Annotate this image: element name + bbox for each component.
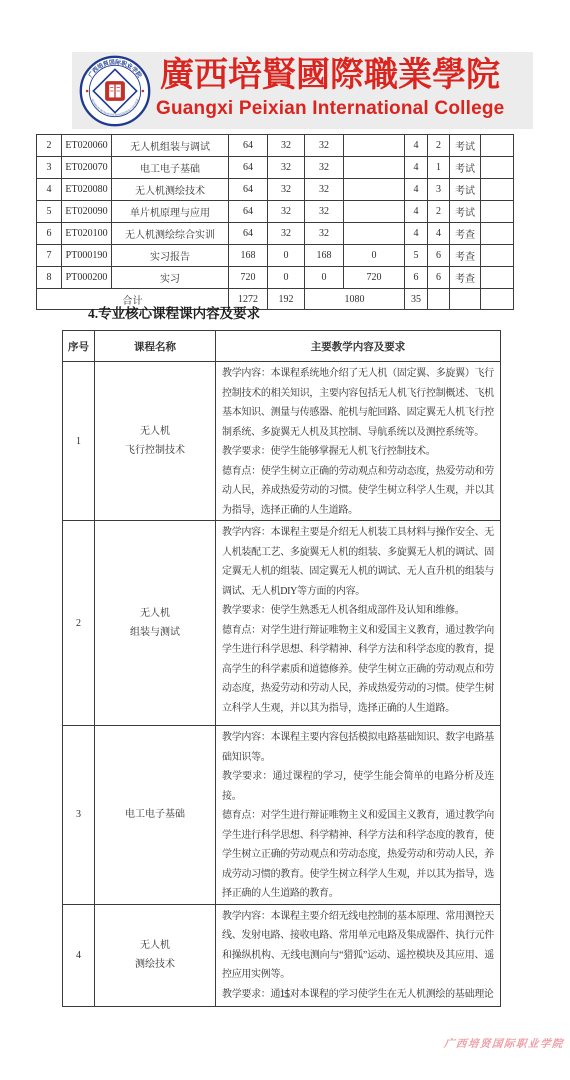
schedule-cell [344, 179, 405, 201]
seal-right-star [142, 90, 145, 93]
schedule-empty-cell [481, 289, 514, 310]
schedule-cell [481, 223, 514, 245]
schedule-cell: 64 [229, 157, 268, 179]
schedule-cell: 168 [305, 245, 344, 267]
content-paragraph: 教学内容：本课程主要是介绍无人机装工具材料与操作安全、无人机装配工艺、多旋翼无人… [222, 523, 494, 601]
content-paragraph: 教学要求：使学生熟悉无人机各组成部件及认知和维修。 [222, 601, 494, 621]
schedule-cell [481, 201, 514, 223]
college-name-zh: 廣西培賢國際職業學院 [156, 55, 504, 97]
schedule-theory-hours: 192 [268, 289, 305, 310]
schedule-merged-hours: 1080 [305, 289, 405, 310]
schedule-cell: 64 [229, 135, 268, 157]
course-content-cell: 教学内容：本课程主要内容包括模拟电路基础知识、数字电路基础知识等。教学要求：通过… [216, 726, 501, 905]
schedule-cell: 4 [405, 135, 428, 157]
schedule-cell: 无人机测绘技术 [112, 179, 229, 201]
schedule-row: 3ET020070电工电子基础64323241考试 [37, 157, 514, 179]
seal-left-star [86, 90, 89, 93]
schedule-cell: 3 [428, 179, 450, 201]
schedule-cell: ET020060 [62, 135, 112, 157]
schedule-cell [344, 201, 405, 223]
college-seal-logo: 广西培贤国际职业学院 GUANGXI PEIXIAN INTERNATIONAL… [79, 55, 151, 127]
schedule-cell: 2 [37, 135, 62, 157]
core-table-header-row: 序号课程名称主要教学内容及要求 [63, 331, 501, 362]
schedule-cell: 考试 [450, 135, 481, 157]
schedule-cell: 0 [344, 245, 405, 267]
schedule-cell: 6 [37, 223, 62, 245]
schedule-cell: PT000190 [62, 245, 112, 267]
schedule-cell: 考查 [450, 223, 481, 245]
schedule-cell: 4 [428, 223, 450, 245]
content-paragraph: 教学内容：本课程主要内容包括模拟电路基础知识、数字电路基础知识等。 [222, 728, 494, 767]
seal-emblem [105, 81, 125, 101]
content-paragraph: 教学要求：通过课程的学习，使学生能会简单的电路分析及连接。 [222, 767, 494, 806]
schedule-cell: 7 [37, 245, 62, 267]
schedule-cell [344, 135, 405, 157]
footer-watermark: 广西培贤国际职业学院 [443, 1036, 565, 1051]
course-name-line: 无人机 [99, 604, 211, 623]
content-paragraph: 德育点：使学生树立正确的劳动观点和劳动态度，热爱劳动和劳动人民，养成热爱劳动的习… [222, 462, 494, 521]
course-name-line: 组装与测试 [99, 623, 211, 642]
schedule-empty-cell [450, 289, 481, 310]
course-name-line: 测绘技术 [99, 955, 211, 974]
course-seq-cell: 2 [63, 521, 95, 726]
schedule-cell: 32 [268, 223, 305, 245]
schedule-cell: 0 [268, 245, 305, 267]
schedule-cell: 0 [268, 267, 305, 289]
schedule-cell: 168 [229, 245, 268, 267]
schedule-cell [481, 245, 514, 267]
core-header-cell: 序号 [63, 331, 95, 362]
core-row: 3电工电子基础教学内容：本课程主要内容包括模拟电路基础知识、数字电路基础知识等。… [63, 726, 501, 905]
schedule-cell: 32 [268, 135, 305, 157]
schedule-empty-cell [428, 289, 450, 310]
schedule-cell: 考查 [450, 267, 481, 289]
schedule-cell: 考试 [450, 157, 481, 179]
schedule-cell: ET020100 [62, 223, 112, 245]
schedule-row: 2ET020060无人机组装与调试64323242考试 [37, 135, 514, 157]
schedule-cell: 考查 [450, 245, 481, 267]
college-name-en: Guangxi Peixian International College [156, 98, 504, 120]
content-paragraph: 教学内容：本课程主要介绍无线电控制的基本原理、常用测控天线、发射电路、接收电路、… [222, 907, 494, 985]
schedule-cell: 考试 [450, 179, 481, 201]
core-header-cell: 主要教学内容及要求 [216, 331, 501, 362]
schedule-cell: 32 [268, 179, 305, 201]
course-content-cell: 教学内容：本课程系统地介绍了无人机（固定翼、多旋翼）飞行控制技术的相关知识，主要… [216, 362, 501, 521]
schedule-cell: 电工电子基础 [112, 157, 229, 179]
schedule-row: 8PT000200实习7200072066考查 [37, 267, 514, 289]
schedule-cell: 无人机组装与调试 [112, 135, 229, 157]
schedule-cell: 0 [305, 267, 344, 289]
schedule-cell: 单片机原理与应用 [112, 201, 229, 223]
schedule-cell [481, 179, 514, 201]
content-paragraph: 德育点：对学生进行辩证唯物主义和爱国主义教育，通过教学向学生进行科学思想、科学精… [222, 806, 494, 904]
course-name-line: 无人机 [99, 422, 211, 441]
course-name-cell: 无人机飞行控制技术 [95, 362, 216, 521]
schedule-cell: 5 [405, 245, 428, 267]
schedule-credits: 35 [405, 289, 428, 310]
schedule-cell: 实习 [112, 267, 229, 289]
schedule-cell: ET020080 [62, 179, 112, 201]
schedule-cell: 4 [405, 223, 428, 245]
schedule-cell [481, 135, 514, 157]
schedule-cell: 6 [405, 267, 428, 289]
content-paragraph: 德育点：对学生进行辩证唯物主义和爱国主义教育，通过教学向学生进行科学思想、科学精… [222, 621, 494, 719]
schedule-cell: 32 [305, 157, 344, 179]
schedule-cell: 32 [305, 135, 344, 157]
course-name-line: 电工电子基础 [99, 805, 211, 824]
core-header-cell: 课程名称 [95, 331, 216, 362]
schedule-cell: 32 [268, 201, 305, 223]
schedule-cell [481, 267, 514, 289]
core-course-table: 序号课程名称主要教学内容及要求 1无人机飞行控制技术教学内容：本课程系统地介绍了… [62, 330, 501, 1007]
core-row: 1无人机飞行控制技术教学内容：本课程系统地介绍了无人机（固定翼、多旋翼）飞行控制… [63, 362, 501, 521]
schedule-cell: 4 [405, 179, 428, 201]
schedule-cell: 32 [305, 201, 344, 223]
schedule-cell: ET020090 [62, 201, 112, 223]
schedule-cell: 1 [428, 157, 450, 179]
schedule-cell: 5 [37, 201, 62, 223]
schedule-cell: 3 [37, 157, 62, 179]
schedule-cell: 64 [229, 201, 268, 223]
course-name-cell: 电工电子基础 [95, 726, 216, 905]
schedule-row: 7PT000190实习报告1680168056考查 [37, 245, 514, 267]
schedule-row: 4ET020080无人机测绘技术64323243考试 [37, 179, 514, 201]
course-name-line: 无人机 [99, 936, 211, 955]
schedule-cell: 720 [344, 267, 405, 289]
schedule-cell: 6 [428, 245, 450, 267]
schedule-cell [344, 157, 405, 179]
document-page: 广西培贤国际职业学院 GUANGXI PEIXIAN INTERNATIONAL… [0, 0, 570, 1080]
schedule-cell: 32 [305, 179, 344, 201]
schedule-cell: 考试 [450, 201, 481, 223]
schedule-cell: 64 [229, 223, 268, 245]
schedule-cell: 8 [37, 267, 62, 289]
schedule-cell [481, 157, 514, 179]
schedule-row: 6ET020100无人机测绘综合实训64323244考查 [37, 223, 514, 245]
page-number: 15 [0, 989, 570, 1000]
schedule-cell: 720 [229, 267, 268, 289]
schedule-cell: 32 [268, 157, 305, 179]
course-name-line: 飞行控制技术 [99, 441, 211, 460]
schedule-cell: 4 [405, 201, 428, 223]
schedule-row: 5ET020090单片机原理与应用64323242考试 [37, 201, 514, 223]
section-title: 4.专业核心课程课内容及要求 [88, 302, 260, 322]
course-content-cell: 教学内容：本课程主要是介绍无人机装工具材料与操作安全、无人机装配工艺、多旋翼无人… [216, 521, 501, 726]
schedule-cell: 4 [405, 157, 428, 179]
content-paragraph: 教学内容：本课程系统地介绍了无人机（固定翼、多旋翼）飞行控制技术的相关知识，主要… [222, 364, 494, 442]
schedule-cell: 4 [37, 179, 62, 201]
schedule-cell: 32 [305, 223, 344, 245]
schedule-cell: 6 [428, 267, 450, 289]
content-paragraph: 教学要求：使学生能够掌握无人机飞行控制技术。 [222, 442, 494, 462]
schedule-cell: 无人机测绘综合实训 [112, 223, 229, 245]
schedule-cell: 64 [229, 179, 268, 201]
core-row: 2无人机组装与测试教学内容：本课程主要是介绍无人机装工具材料与操作安全、无人机装… [63, 521, 501, 726]
course-schedule-table: 2ET020060无人机组装与调试64323242考试3ET020070电工电子… [36, 134, 514, 310]
schedule-cell: 实习报告 [112, 245, 229, 267]
schedule-cell [344, 223, 405, 245]
schedule-cell: ET020070 [62, 157, 112, 179]
course-seq-cell: 1 [63, 362, 95, 521]
schedule-cell: 2 [428, 201, 450, 223]
schedule-cell: PT000200 [62, 267, 112, 289]
course-seq-cell: 3 [63, 726, 95, 905]
course-name-cell: 无人机组装与测试 [95, 521, 216, 726]
schedule-cell: 2 [428, 135, 450, 157]
